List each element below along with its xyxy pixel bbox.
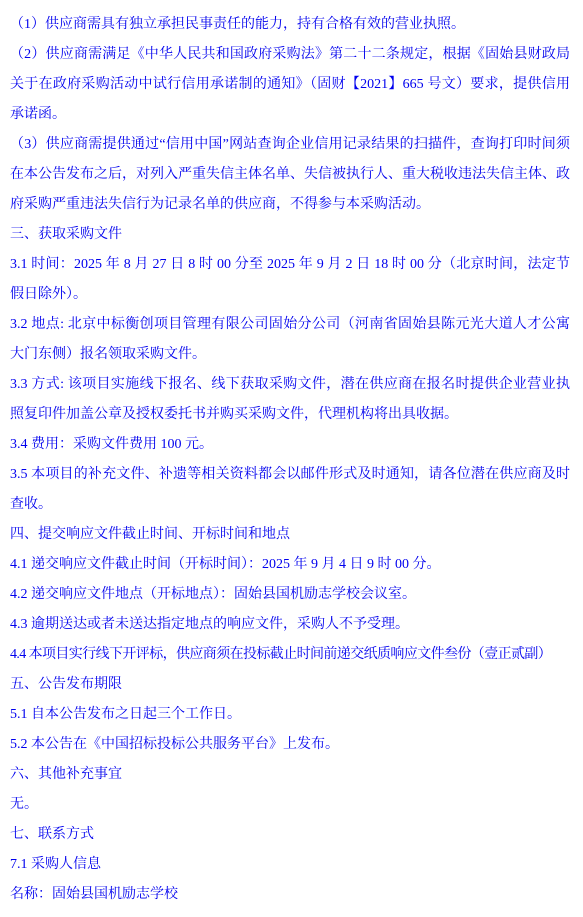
item-3-1: 3.1 时间：2025 年 8 月 27 日 8 时 00 分至 2025 年 … — [10, 250, 570, 310]
item-3-2: 3.2 地点: 北京中标衡创项目管理有限公司固始分公司（河南省固始县陈元光大道人… — [10, 310, 570, 370]
section-4-heading: 四、提交响应文件截止时间、开标时间和地点 — [10, 520, 570, 550]
item-3-3: 3.3 方式: 该项目实施线下报名、线下获取采购文件，潜在供应商在报名时提供企业… — [10, 370, 570, 430]
item-7-1: 7.1 采购人信息 — [10, 850, 570, 880]
item-4-1: 4.1 递交响应文件截止时间（开标时间）：2025 年 9 月 4 日 9 时 … — [10, 550, 570, 580]
item-3-4: 3.4 费用：采购文件费用 100 元。 — [10, 430, 570, 460]
item-5-1: 5.1 自本公告发布之日起三个工作日。 — [10, 700, 570, 730]
section-3-heading: 三、获取采购文件 — [10, 220, 570, 250]
item-5-2: 5.2 本公告在《中国招标投标公共服务平台》上发布。 — [10, 730, 570, 760]
section-5-heading: 五、公告发布期限 — [10, 670, 570, 700]
item-4-2: 4.2 递交响应文件地点（开标地点）：固始县国机励志学校会议室。 — [10, 580, 570, 610]
clause-2-paragraph: （2）供应商需满足《中华人民共和国政府采购法》第二十二条规定，根据《固始县财政局… — [10, 40, 570, 130]
item-3-5: 3.5 本项目的补充文件、补遗等相关资料都会以邮件形式及时通知，请各位潜在供应商… — [10, 460, 570, 520]
clause-3-paragraph: （3）供应商需提供通过“信用中国”网站查询企业信用记录结果的扫描件，查询打印时间… — [10, 130, 570, 220]
section-6-content: 无。 — [10, 790, 570, 820]
section-7-heading: 七、联系方式 — [10, 820, 570, 850]
item-4-4: 4.4 本项目实行线下开评标，供应商须在投标截止时间前递交纸质响应文件叁份（壹正… — [10, 640, 570, 670]
document-body: （1）供应商需具有独立承担民事责任的能力，持有合格有效的营业执照。 （2）供应商… — [0, 0, 583, 910]
buyer-name-line: 名称：固始县国机励志学校 — [10, 880, 570, 910]
section-6-heading: 六、其他补充事宜 — [10, 760, 570, 790]
clause-1-paragraph: （1）供应商需具有独立承担民事责任的能力，持有合格有效的营业执照。 — [10, 10, 570, 40]
item-4-3: 4.3 逾期送达或者未送达指定地点的响应文件，采购人不予受理。 — [10, 610, 570, 640]
